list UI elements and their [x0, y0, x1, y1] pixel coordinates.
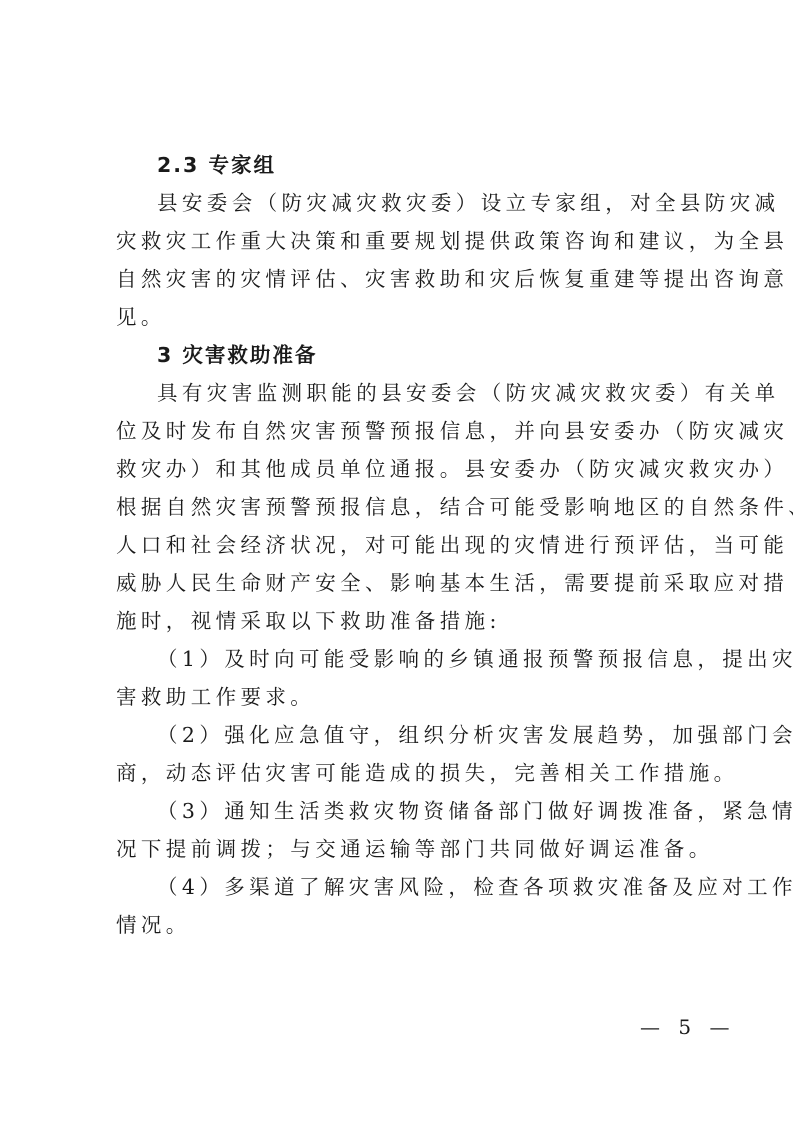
list-item-2-line-1: （2）强化应急值守，组织分析灾害发展趋势，加强部门会	[157, 716, 747, 754]
paragraph-line: 救灾办）和其他成员单位通报。县安委办（防灾减灾救灾办）	[116, 450, 706, 488]
paragraph-line: 灾救灾工作重大决策和重要规划提供政策咨询和建议，为全县	[116, 222, 706, 260]
paragraph-line: 具有灾害监测职能的县安委会（防灾减灾救灾委）有关单	[157, 374, 747, 412]
section-heading-2-3: 2.3 专家组	[157, 146, 747, 184]
list-item-3-line-2: 况下提前调拨；与交通运输等部门共同做好调运准备。	[116, 830, 706, 868]
section-heading-3: 3 灾害救助准备	[157, 336, 747, 374]
paragraph-line: 自然灾害的灾情评估、灾害救助和灾后恢复重建等提出咨询意	[116, 260, 706, 298]
list-item-4-line-1: （4）多渠道了解灾害风险，检查各项救灾准备及应对工作	[157, 868, 747, 906]
list-item-4-line-2: 情况。	[116, 906, 706, 944]
paragraph-line: 位及时发布自然灾害预警预报信息，并向县安委办（防灾减灾	[116, 412, 706, 450]
list-item-1-line-1: （1）及时向可能受影响的乡镇通报预警预报信息，提出灾	[157, 640, 747, 678]
list-item-3-line-1: （3）通知生活类救灾物资储备部门做好调拨准备，紧急情	[157, 792, 747, 830]
paragraph-line: 县安委会（防灾减灾救灾委）设立专家组，对全县防灾减	[157, 184, 747, 222]
paragraph-line: 根据自然灾害预警预报信息，结合可能受影响地区的自然条件、	[116, 488, 706, 526]
document-page: 2.3 专家组 县安委会（防灾减灾救灾委）设立专家组，对全县防灾减 灾救灾工作重…	[0, 0, 793, 1122]
page-number: — 5 —	[640, 1015, 735, 1039]
paragraph-line: 威胁人民生命财产安全、影响基本生活，需要提前采取应对措	[116, 564, 706, 602]
paragraph-line: 施时，视情采取以下救助准备措施:	[116, 602, 706, 640]
list-item-1-line-2: 害救助工作要求。	[116, 678, 706, 716]
paragraph-line: 人口和社会经济状况，对可能出现的灾情进行预评估，当可能	[116, 526, 706, 564]
paragraph-line: 见。	[116, 298, 706, 336]
list-item-2-line-2: 商，动态评估灾害可能造成的损失，完善相关工作措施。	[116, 754, 706, 792]
